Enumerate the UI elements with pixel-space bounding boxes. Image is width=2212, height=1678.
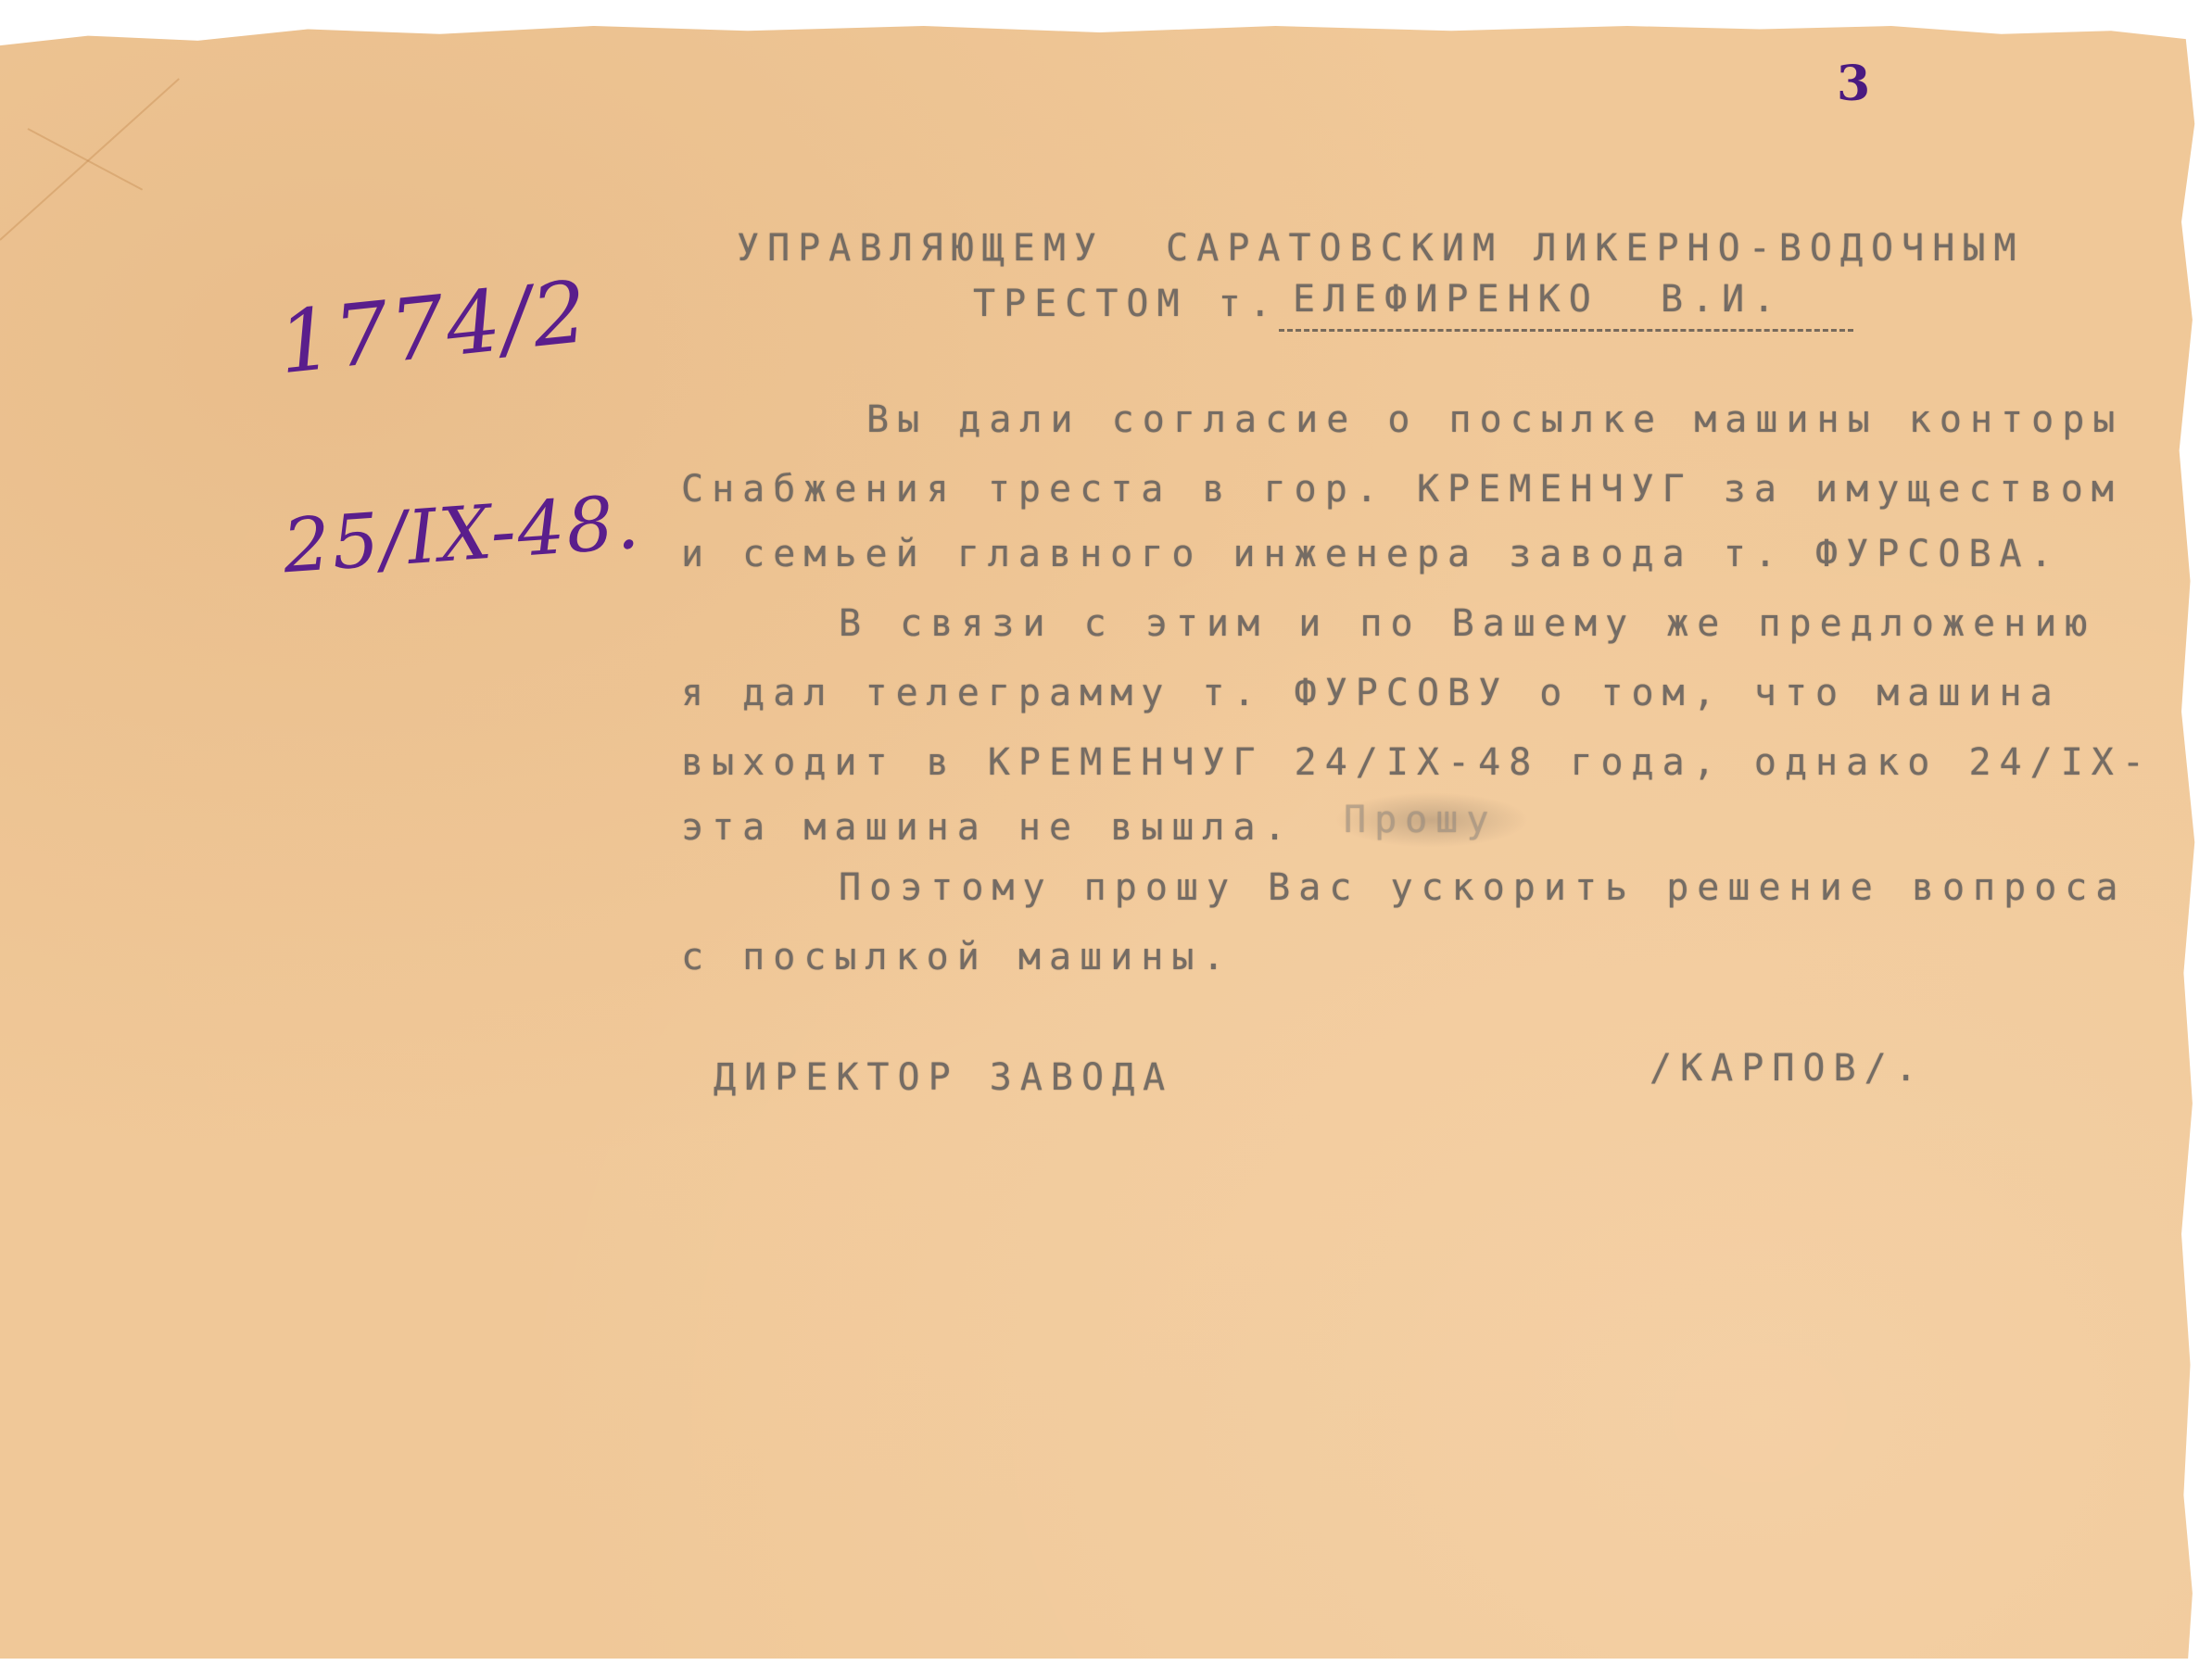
body-line: с посылкой машины. xyxy=(681,936,1232,978)
body-line: эта машина не вышла. xyxy=(681,806,1295,849)
addressee-line-2-prefix: ТРЕСТОМ т. xyxy=(973,283,1280,325)
addressee-name: ЕЛЕФИРЕНКО В.И. xyxy=(1293,278,1783,321)
struck-word: Прошу xyxy=(1344,799,1497,841)
body-line: Снабжения треста в гор. КРЕМЕНЧУГ за иму… xyxy=(681,468,2122,511)
body-line: выходит в КРЕМЕНЧУГ 24/IX-48 года, однак… xyxy=(681,741,2153,784)
body-line: я дал телеграмму т. ФУРСОВУ о том, что м… xyxy=(681,672,2061,714)
signature-title: ДИРЕКТОР ЗАВОДА xyxy=(714,1056,1173,1099)
paper-crease xyxy=(28,128,144,190)
body-line: и семьей главного инженера завода т. ФУР… xyxy=(681,533,2061,575)
addressee-line-1: УПРАВЛЯЮЩЕМУ САРАТОВСКИМ ЛИКЕРНО-ВОДОЧНЫ… xyxy=(737,227,2024,270)
addressee-underline xyxy=(1279,329,1853,332)
body-line: В связи с этим и по Вашему же предложени… xyxy=(839,602,2095,645)
signature-name: /КАРПОВ/. xyxy=(1650,1047,1926,1090)
page-number-mark: 3 xyxy=(1837,56,1870,112)
paper-crease xyxy=(0,78,180,240)
body-line: Вы дали согласие о посылке машины контор… xyxy=(866,398,2123,441)
body-line: Поэтому прошу Вас ускорить решение вопро… xyxy=(839,866,2126,909)
